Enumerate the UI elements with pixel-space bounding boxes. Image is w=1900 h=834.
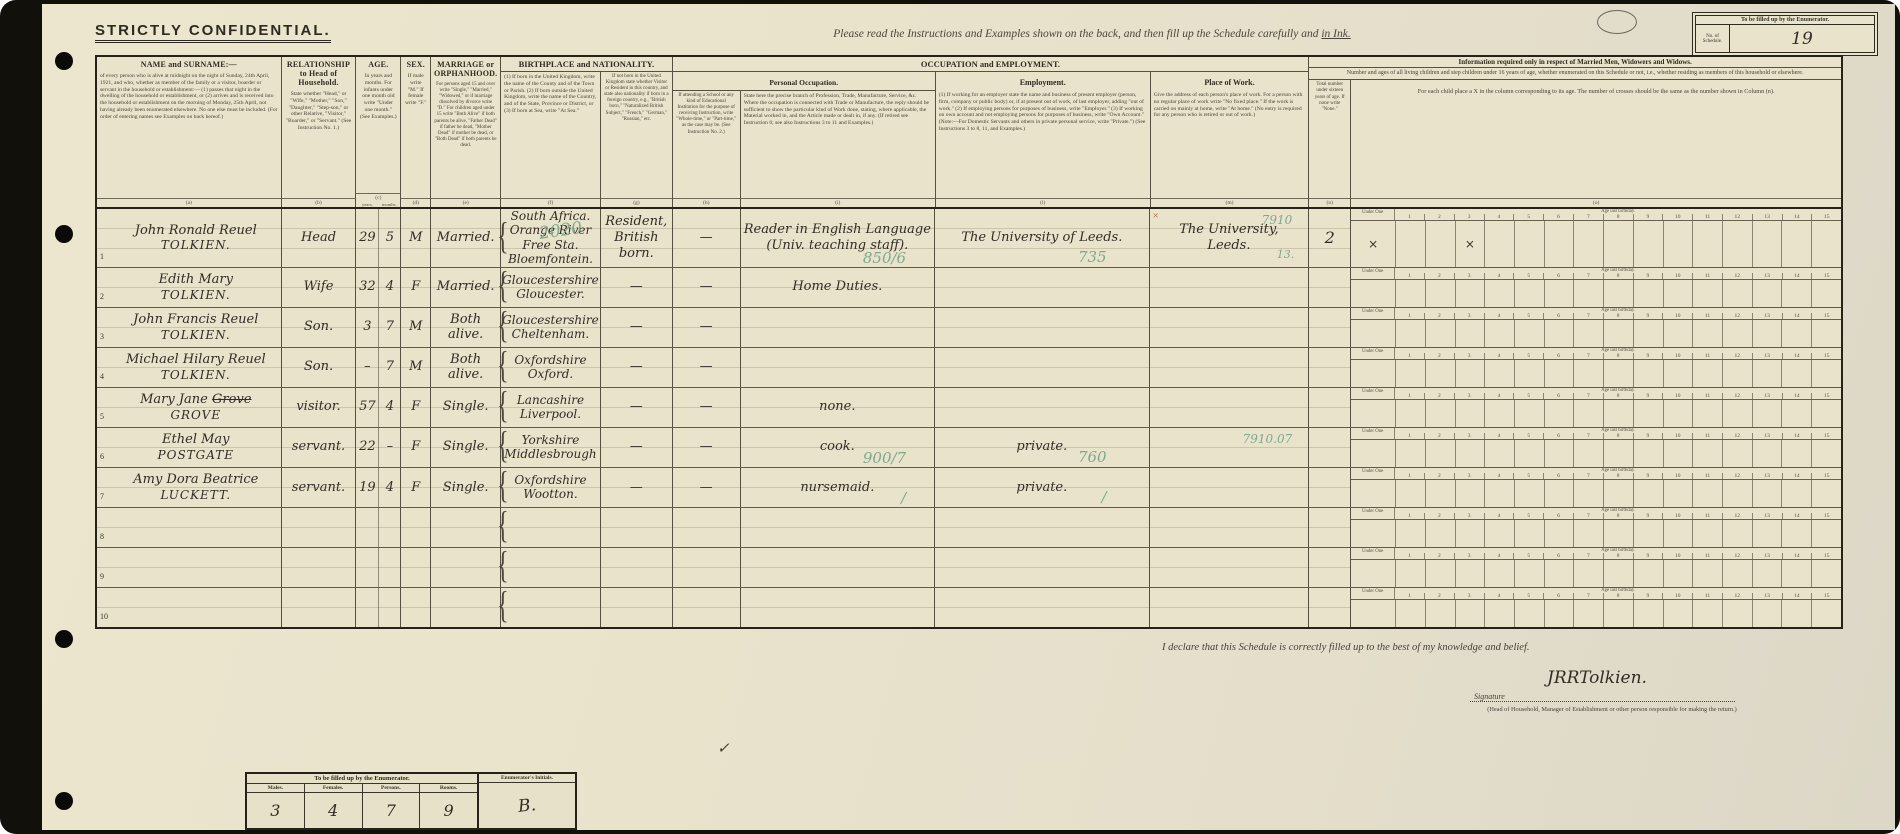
- punch-hole: [55, 792, 73, 810]
- children-ages-grid: Under OneAge last birthday.1234567891011…: [1351, 548, 1841, 587]
- age-number: 11: [1692, 593, 1722, 599]
- employment-cell: The University of Leeds. 735: [935, 209, 1150, 267]
- age-number: 13: [1752, 433, 1782, 439]
- name-cell: 2 Edith Mary TOLKIEN.: [97, 268, 282, 307]
- occupation-cell: [741, 508, 936, 547]
- census-form-paper: STRICTLY CONFIDENTIAL. Please read the I…: [42, 4, 1895, 830]
- scan-background: STRICTLY CONFIDENTIAL. Please read the I…: [0, 0, 1900, 834]
- age-mark-cell: [1484, 360, 1514, 387]
- age-number: 6: [1543, 513, 1573, 519]
- age-mark-cell: [1573, 360, 1603, 387]
- age-mark-cell: [1781, 600, 1811, 627]
- age-mark-cell: [1811, 400, 1841, 427]
- green-occupation-annotation: 900/7: [863, 449, 906, 467]
- under-one-label: Under One: [1351, 388, 1395, 399]
- children-ages-cell: Under OneAge last birthday.1234567891011…: [1351, 468, 1841, 507]
- age-mark-cell: [1663, 440, 1693, 467]
- age-number: 12: [1722, 353, 1752, 359]
- table-row: 4 Michael Hilary Reuel TOLKIEN. Son. – 7…: [97, 347, 1841, 387]
- children-grid-header: Under OneAge last birthday.1234567891011…: [1351, 209, 1841, 221]
- age-number: 5: [1513, 353, 1543, 359]
- age-number: 11: [1692, 393, 1722, 399]
- age-number: 12: [1722, 553, 1752, 559]
- punch-hole: [55, 52, 73, 70]
- marriage-column-title: MARRIAGE or ORPHANHOOD.: [431, 57, 500, 80]
- nationality-cell: —: [601, 268, 673, 307]
- nationality-line1: —: [630, 319, 643, 335]
- age-mark-cell: [1395, 221, 1425, 267]
- age-mark-cell: [1663, 400, 1693, 427]
- marriage-cell: Married.: [431, 268, 501, 307]
- birthplace-line1: Oxfordshire: [514, 353, 586, 367]
- birthplace-line2: Wootton.: [514, 487, 586, 501]
- children-ages-cell: Under OneAge last birthday.1234567891011…: [1351, 388, 1841, 427]
- age-mark-cell: [1722, 360, 1752, 387]
- age-mark-cell: [1603, 280, 1633, 307]
- total-children-cell: 2: [1309, 209, 1351, 267]
- education-cell: [673, 588, 741, 627]
- nationality-value: Resident, British born.: [601, 214, 672, 261]
- row-number: 6: [100, 452, 104, 461]
- age-mark-cell: [1573, 280, 1603, 307]
- age-mark-cell: ×: [1455, 221, 1485, 267]
- age-number: 3: [1454, 393, 1484, 399]
- age-mark-cell: [1544, 320, 1574, 347]
- age-mark-cell: [1514, 560, 1544, 587]
- col-header-total-children: Total number under sixteen years of age.…: [1309, 80, 1351, 207]
- age-mark-cell: [1514, 360, 1544, 387]
- marriage-cell: Both alive.: [431, 348, 501, 387]
- age-cell: 22 –: [356, 428, 401, 467]
- age-mark-cell: [1573, 400, 1603, 427]
- sex-value: F: [411, 279, 420, 295]
- col-header-age: AGE. In years and months. For infants un…: [356, 57, 401, 207]
- age-number: 1: [1395, 433, 1424, 439]
- enumerator-counts: To be filled up by the Enumerator. Males…: [247, 774, 479, 828]
- age-number: 7: [1573, 393, 1603, 399]
- col-header-occupation: State here the precise branch of Profess…: [741, 91, 935, 207]
- age-mark-cell: [1395, 440, 1425, 467]
- age-years-value: [356, 588, 378, 627]
- education-cell: —: [673, 428, 741, 467]
- relationship-cell: servant.: [282, 468, 357, 507]
- age-column-title: AGE.: [356, 57, 400, 71]
- marriage-cell: Married.: [431, 209, 501, 267]
- top-instruction-text: Please read the Instructions and Example…: [833, 28, 1321, 40]
- age-number: 4: [1484, 313, 1514, 319]
- age-number: 10: [1662, 513, 1692, 519]
- age-mark-cell: [1752, 600, 1782, 627]
- employment-cell: [935, 348, 1150, 387]
- males-header: Males.: [247, 784, 305, 792]
- age-number: 8: [1603, 273, 1633, 279]
- relationship-column-title: RELATIONSHIP to Head of Household.: [282, 57, 356, 89]
- age-numbers-row: 123456789101112131415: [1395, 473, 1841, 479]
- age-number: 5: [1513, 214, 1543, 220]
- birthplace-value: Gloucestershire Cheltenham.: [502, 313, 599, 342]
- age-number: 3: [1454, 473, 1484, 479]
- age-mark-cell: [1573, 221, 1603, 267]
- nationality-line1: —: [630, 279, 643, 295]
- age-number: 9: [1633, 313, 1663, 319]
- birthplace-value: Oxfordshire Wootton.: [514, 473, 586, 502]
- age-number: 10: [1662, 313, 1692, 319]
- age-number: 13: [1752, 273, 1782, 279]
- age-number: 4: [1484, 214, 1514, 220]
- employment-cell: [935, 268, 1150, 307]
- age-mark-cell: [1752, 560, 1782, 587]
- occupation-value: nursemaid.: [800, 480, 874, 496]
- age-number: 6: [1543, 353, 1573, 359]
- age-mark-cell: [1484, 560, 1514, 587]
- occupation-banner: OCCUPATION and EMPLOYMENT.: [673, 57, 1309, 72]
- age-number: 8: [1603, 214, 1633, 220]
- age-mark-cell: [1484, 600, 1514, 627]
- age-number: 15: [1811, 513, 1841, 519]
- age-mark-cell: [1633, 320, 1663, 347]
- column-letter: (a): [97, 198, 281, 207]
- age-mark-cell: [1573, 600, 1603, 627]
- name-column-title: NAME and SURNAME:—: [97, 57, 281, 71]
- birthplace-line1: Oxfordshire: [514, 473, 586, 487]
- relationship-value: visitor.: [296, 399, 340, 415]
- sex-cell: M: [401, 209, 431, 267]
- under-one-label: Under One: [1351, 468, 1395, 479]
- occupation-line1: Home Duties.: [792, 279, 882, 295]
- top-instruction: Please read the Instructions and Example…: [682, 28, 1502, 40]
- place-of-work-desc: Give the address of each person's place …: [1151, 90, 1309, 121]
- age-number: 1: [1395, 393, 1424, 399]
- signature-label: Signature: [1474, 692, 1505, 701]
- children-grid-cells: [1351, 400, 1841, 427]
- relationship-value: Head: [301, 230, 336, 246]
- age-mark-cell: [1663, 480, 1693, 507]
- nationality-desc: If not born in the United Kingdom state …: [601, 72, 672, 125]
- age-number: 4: [1484, 433, 1514, 439]
- col-header-education: If attending a School or any kind of Edu…: [673, 91, 741, 207]
- green-employment-annotation: 760: [1078, 448, 1107, 466]
- age-number: 12: [1722, 393, 1752, 399]
- name-cell: 7 Amy Dora Beatrice LUCKETT.: [97, 468, 282, 507]
- signature-value: JRRTolkien.: [1547, 668, 1647, 688]
- age-mark-cell: [1722, 400, 1752, 427]
- age-numbers-row: 123456789101112131415: [1395, 273, 1841, 279]
- birthplace-line1: Lancashire: [517, 393, 584, 407]
- age-mark-cell: [1692, 560, 1722, 587]
- occupation-value: none.: [819, 399, 855, 415]
- age-number: 1: [1395, 513, 1424, 519]
- birthplace-line2: Middlesbrough: [504, 447, 596, 461]
- nationality-line1: Resident,: [601, 214, 672, 230]
- age-number: 12: [1722, 273, 1752, 279]
- children-ages-grid: Under OneAge last birthday.1234567891011…: [1351, 588, 1841, 627]
- birthplace-line2: Oxford.: [514, 367, 586, 381]
- age-number: 15: [1811, 553, 1841, 559]
- age-number: 10: [1662, 393, 1692, 399]
- marriage-value: Both alive.: [431, 312, 500, 343]
- total-children-cell: [1309, 548, 1351, 587]
- green-employment-annotation: /: [1102, 488, 1107, 506]
- age-number: 5: [1513, 273, 1543, 279]
- age-number: 13: [1752, 393, 1782, 399]
- brace-glyph: {: [497, 265, 509, 308]
- age-mark-cell: [1603, 360, 1633, 387]
- education-cell: —: [673, 348, 741, 387]
- age-mark-cell: [1781, 480, 1811, 507]
- age-number: 3: [1454, 513, 1484, 519]
- age-mark-cell: [1603, 480, 1633, 507]
- sex-cell: [401, 548, 431, 587]
- relationship-value: servant.: [292, 480, 345, 496]
- green-occupation-annotation: 850/6: [863, 249, 906, 267]
- marriage-column-desc: For persons aged 15 and over write "Sing…: [431, 80, 500, 151]
- age-mark-cell: [1544, 600, 1574, 627]
- children-ages-desc: For each child place a X in the column c…: [1351, 80, 1841, 104]
- age-number: 5: [1513, 313, 1543, 319]
- age-mark-cell: [1603, 560, 1633, 587]
- nationality-cell: —: [601, 308, 673, 347]
- age-months-value: 7: [378, 348, 400, 387]
- age-mark-cell: [1752, 440, 1782, 467]
- age-number: 9: [1633, 433, 1663, 439]
- employment-value: private.: [1016, 480, 1067, 496]
- children-ages-cell: Under OneAge last birthday.1234567891011…: [1351, 548, 1841, 587]
- col-group-birthplace: BIRTHPLACE and NATIONALITY. (1) If born …: [501, 57, 673, 207]
- age-months-value: –: [378, 428, 400, 467]
- age-number: 2: [1424, 273, 1454, 279]
- age-mark-cell: [1395, 320, 1425, 347]
- column-letter: (b): [282, 198, 356, 207]
- age-number: 2: [1424, 313, 1454, 319]
- brace-glyph: {: [497, 346, 509, 389]
- age-years-value: [356, 508, 378, 547]
- age-numbers-row: 123456789101112131415: [1395, 353, 1841, 359]
- occupation-cell: [741, 588, 936, 627]
- age-mark-cell: [1633, 440, 1663, 467]
- age-number: 7: [1573, 313, 1603, 319]
- birthplace-line3: Bloemfontein.: [501, 252, 600, 266]
- children-grid-cells: [1351, 360, 1841, 387]
- occupation-cell: nursemaid. /: [741, 468, 936, 507]
- age-columns-header: Age last birthday.123456789101112131415: [1395, 468, 1841, 479]
- age-cell: [356, 548, 401, 587]
- place-of-work-cell: [1150, 588, 1310, 627]
- relationship-cell: Wife: [282, 268, 357, 307]
- children-grid-cells: [1351, 480, 1841, 507]
- surname: TOLKIEN.: [111, 368, 281, 382]
- age-mark-cell: [1603, 320, 1633, 347]
- schedule-number-box: To be filled up by the Enumerator. No. o…: [1692, 12, 1878, 56]
- occupation-cell: [741, 308, 936, 347]
- schedule-number-value: 19: [1730, 25, 1874, 52]
- place-of-work-cell: [1150, 268, 1310, 307]
- age-number: 8: [1603, 473, 1633, 479]
- age-mark-cell: [1811, 320, 1841, 347]
- age-number: 15: [1811, 353, 1841, 359]
- enumerator-box: To be filled up by the Enumerator. Males…: [245, 772, 577, 830]
- under-one-mark-cell: [1351, 440, 1395, 467]
- place-of-work-cell: [1150, 308, 1310, 347]
- age-columns-header: Age last birthday.123456789101112131415: [1395, 508, 1841, 519]
- occupation-cell: Home Duties.: [741, 268, 936, 307]
- age-number: 6: [1543, 214, 1573, 220]
- nationality-cell: [601, 508, 673, 547]
- nationality-line1: —: [630, 480, 643, 496]
- age-number: 11: [1692, 433, 1722, 439]
- age-number: 7: [1573, 433, 1603, 439]
- age-columns-header: Age last birthday.123456789101112131415: [1395, 548, 1841, 559]
- marriage-cell: Single.: [431, 388, 501, 427]
- education-cell: —: [673, 468, 741, 507]
- age-number: 14: [1782, 393, 1812, 399]
- column-letter: (g): [601, 198, 672, 207]
- age-number: 12: [1722, 214, 1752, 220]
- age-sublabels: years.months.: [356, 202, 400, 207]
- marriage-value: Single.: [443, 480, 489, 496]
- employment-cell: [935, 548, 1150, 587]
- brace-glyph: {: [497, 546, 509, 589]
- children-ages-cell: Under OneAge last birthday.1234567891011…: [1351, 348, 1841, 387]
- age-mark-cell: [1722, 560, 1752, 587]
- age-mark-cell: [1752, 400, 1782, 427]
- age-number: 10: [1662, 433, 1692, 439]
- nationality-value: —: [630, 439, 643, 455]
- sex-value: M: [409, 230, 422, 246]
- relationship-cell: [282, 548, 357, 587]
- given-names: John Ronald Reuel: [135, 223, 257, 238]
- given-names: Mary Jane: [140, 392, 208, 407]
- age-number: 10: [1662, 353, 1692, 359]
- birthplace-cell: {: [501, 588, 601, 627]
- age-number: 8: [1603, 433, 1633, 439]
- marriage-cell: Both alive.: [431, 308, 501, 347]
- age-mark-cell: [1425, 600, 1455, 627]
- age-mark-cell: [1781, 400, 1811, 427]
- age-mark-cell: [1811, 600, 1841, 627]
- age-mark-cell: [1781, 440, 1811, 467]
- age-number: 3: [1454, 553, 1484, 559]
- age-months-value: [378, 548, 400, 587]
- table-header: NAME and SURNAME:— of every person who i…: [97, 57, 1841, 209]
- name-value: Amy Dora Beatrice LUCKETT.: [97, 472, 281, 502]
- age-number: 1: [1395, 273, 1424, 279]
- column-letter: (e): [431, 198, 500, 207]
- sex-value: F: [411, 399, 420, 415]
- age-numbers-row: 123456789101112131415: [1395, 593, 1841, 599]
- relationship-cell: Son.: [282, 308, 357, 347]
- age-number: 13: [1752, 313, 1782, 319]
- age-cell: – 7: [356, 348, 401, 387]
- surname: TOLKIEN.: [111, 238, 281, 252]
- surname: LUCKETT.: [111, 488, 281, 502]
- age-mark-cell: [1692, 600, 1722, 627]
- age-number: 10: [1662, 473, 1692, 479]
- age-number: 6: [1543, 433, 1573, 439]
- age-number: 8: [1603, 593, 1633, 599]
- row-number: 7: [100, 492, 104, 501]
- age-mark-cell: [1752, 320, 1782, 347]
- age-mark-cell: [1811, 440, 1841, 467]
- age-mark-cell: [1811, 221, 1841, 267]
- education-cell: [673, 548, 741, 587]
- age-mark-cell: [1425, 440, 1455, 467]
- name-cell: 10: [97, 588, 282, 627]
- age-number: 9: [1633, 393, 1663, 399]
- age-mark-cell: [1633, 560, 1663, 587]
- name-column-desc: of every person who is alive at midnight…: [97, 71, 281, 123]
- relationship-column-desc: State whether "Head," or "Wife," "Mother…: [282, 89, 356, 134]
- table-row: 5 Mary Jane Grove GROVE visitor. 57 4 F …: [97, 387, 1841, 427]
- given-names: Michael Hilary Reuel: [126, 352, 266, 367]
- age-mark-cell: [1484, 320, 1514, 347]
- under-one-label: Under One: [1351, 209, 1395, 220]
- occupation-line1: nursemaid.: [800, 480, 874, 496]
- age-number: 14: [1782, 313, 1812, 319]
- persons-value: 7: [363, 793, 421, 828]
- nationality-line1: —: [630, 439, 643, 455]
- age-numbers-row: 123456789101112131415: [1395, 214, 1841, 220]
- signature-subtext: (Head of Household, Manager of Establish…: [1372, 706, 1852, 713]
- schedule-number-label: No. of Schedule.: [1696, 25, 1730, 52]
- age-number: 4: [1484, 513, 1514, 519]
- relationship-cell: Son.: [282, 348, 357, 387]
- education-cell: —: [673, 388, 741, 427]
- row-number: 5: [100, 412, 104, 421]
- age-columns-header: Age last birthday.123456789101112131415: [1395, 388, 1841, 399]
- age-mark-cell: [1484, 280, 1514, 307]
- age-mark-cell: [1603, 221, 1633, 267]
- children-grid-header: Under OneAge last birthday.1234567891011…: [1351, 468, 1841, 480]
- green-place-annotation-2: 13.: [1277, 248, 1295, 261]
- under-one-label: Under One: [1351, 548, 1395, 559]
- age-number: 10: [1662, 214, 1692, 220]
- column-letter: (o): [1351, 198, 1841, 207]
- nationality-cell: [601, 548, 673, 587]
- age-mark-cell: [1692, 280, 1722, 307]
- age-number: 11: [1692, 214, 1722, 220]
- under-one-label: Under One: [1351, 588, 1395, 599]
- age-mark-cell: [1811, 280, 1841, 307]
- sex-value: M: [409, 359, 422, 375]
- age-numbers-row: 123456789101112131415: [1395, 553, 1841, 559]
- marriage-cell: Single.: [431, 468, 501, 507]
- age-mark-cell: [1484, 440, 1514, 467]
- age-number: 5: [1513, 553, 1543, 559]
- enumerator-initials-value: B.: [477, 778, 577, 833]
- birthplace-cell: { Yorkshire Middlesbrough: [501, 428, 601, 467]
- children-ages-grid: Under OneAge last birthday.1234567891011…: [1351, 468, 1841, 507]
- age-number: 11: [1692, 553, 1722, 559]
- age-cell: 32 4: [356, 268, 401, 307]
- marriage-cell: [431, 548, 501, 587]
- age-number: 2: [1424, 214, 1454, 220]
- table-row: 7 Amy Dora Beatrice LUCKETT. servant. 19…: [97, 467, 1841, 507]
- green-place-annotation: 7910.07: [1243, 432, 1293, 446]
- age-mark-cell: [1544, 560, 1574, 587]
- brace-glyph: {: [497, 506, 509, 549]
- age-mark-cell: [1603, 520, 1633, 547]
- relationship-cell: [282, 588, 357, 627]
- age-mark-cell: [1722, 221, 1752, 267]
- birthplace-cell: { South Africa. Orange River Free Sta. B…: [501, 209, 601, 267]
- children-grid-cells: [1351, 440, 1841, 467]
- age-number: 1: [1395, 473, 1424, 479]
- children-grid-header: Under OneAge last birthday.1234567891011…: [1351, 428, 1841, 440]
- age-mark-cell: [1663, 360, 1693, 387]
- age-number: 10: [1662, 273, 1692, 279]
- age-number: 14: [1782, 553, 1812, 559]
- age-months-sublabel: months.: [378, 202, 400, 207]
